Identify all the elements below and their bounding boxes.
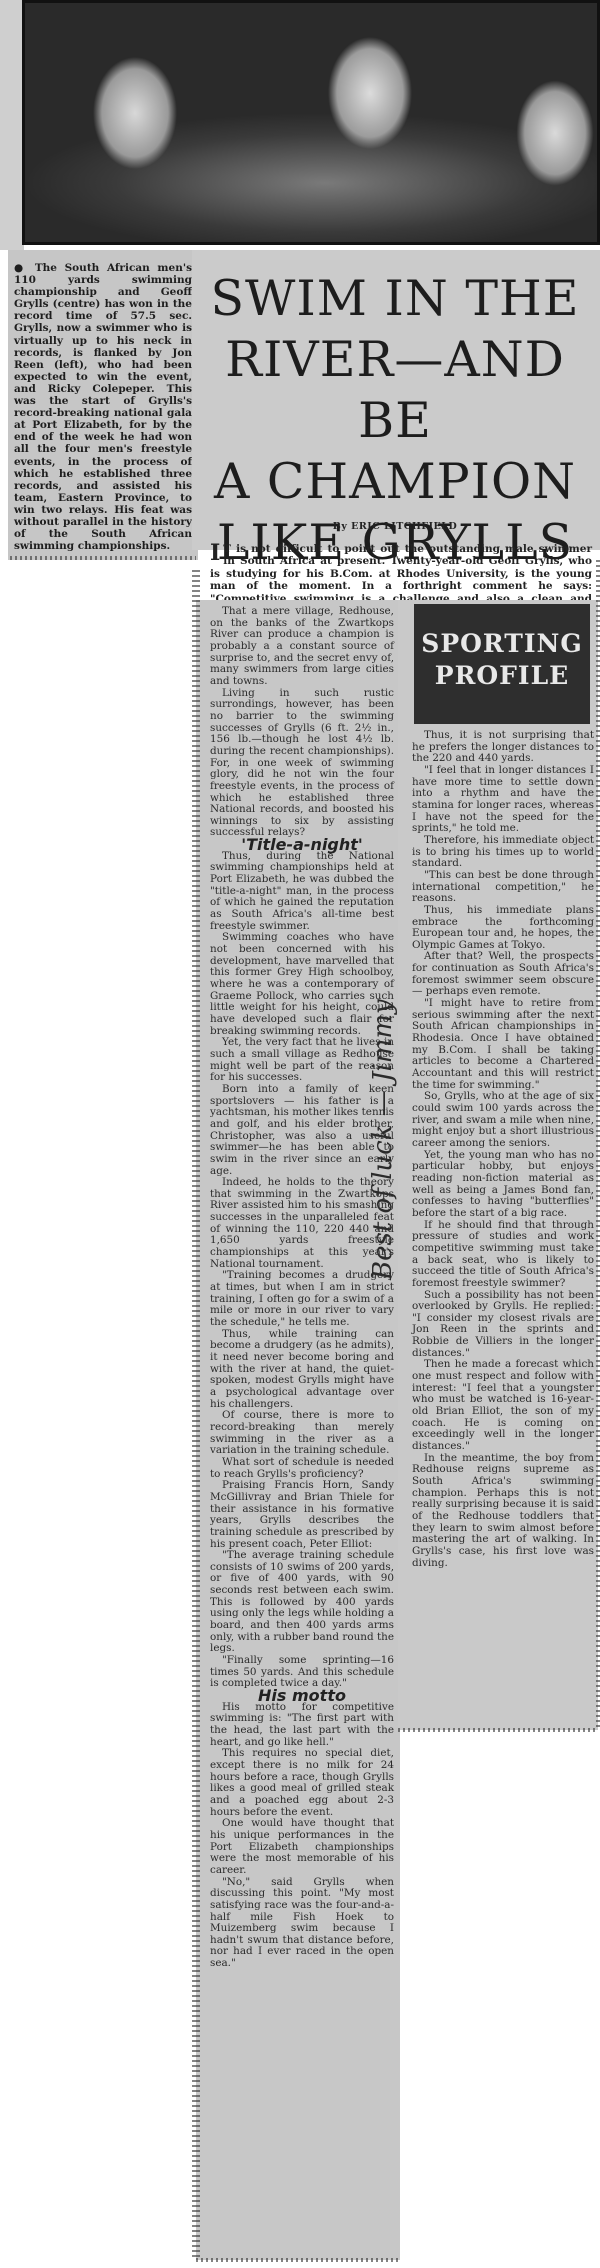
paragraph: Thus, while training can become a drudge…	[210, 1329, 394, 1411]
inscription-text: Best of luck — Jimmy	[368, 999, 398, 1280]
paragraph: That a mere village, Redhouse, on the ba…	[210, 606, 394, 688]
paragraph: This requires no special diet, except th…	[210, 1748, 394, 1818]
paragraph: Thus, it is not surprising that he prefe…	[412, 730, 594, 765]
headline-line: RIVER—AND BE	[200, 329, 590, 451]
caption-text: The South African men's 110 yards swimmi…	[14, 262, 192, 552]
handwritten-inscription: Best of luck — Jimmy	[360, 930, 420, 1280]
swimmers-photo	[22, 0, 600, 245]
sporting-profile-box: SPORTING PROFILE	[414, 604, 590, 724]
clipping-edge	[0, 0, 24, 250]
headline-line: A CHAMPION	[200, 451, 590, 512]
photo-caption: ● The South African men's 110 yards swim…	[14, 262, 192, 552]
article-column-b: Thus, it is not surprising that he prefe…	[412, 730, 594, 1569]
paragraph: "The average training schedule consists …	[210, 1550, 394, 1655]
subheading: His motto	[210, 1690, 394, 1702]
paragraph: So, Grylls, who at the age of six could …	[412, 1091, 594, 1149]
paragraph: "This can best be done through internati…	[412, 870, 594, 905]
paragraph: Thus, during the National swimming champ…	[210, 851, 394, 933]
torn-edge	[10, 556, 196, 560]
profile-label: PROFILE	[414, 660, 590, 692]
torn-edge	[398, 1728, 598, 1732]
drop-cap: I	[210, 543, 220, 563]
torn-edge	[192, 570, 200, 2260]
paragraph: Such a possibility has not been overlook…	[412, 1290, 594, 1360]
paragraph: "Finally some sprinting—16 times 50 yard…	[210, 1655, 394, 1690]
paragraph: What sort of schedule is needed to reach…	[210, 1457, 394, 1480]
byline: By ERIC LITCHFIELD	[200, 521, 590, 532]
paragraph: "No," said Grylls when discussing this p…	[210, 1877, 394, 1970]
paragraph: "I might have to retire from serious swi…	[412, 998, 594, 1091]
profile-label: SPORTING	[414, 628, 590, 660]
paragraph: If he should find that through pressure …	[412, 1220, 594, 1290]
paragraph: Thus, his immediate plans embrace the fo…	[412, 905, 594, 952]
paragraph: Then he made a forecast which one must r…	[412, 1359, 594, 1452]
torn-edge	[596, 560, 600, 1730]
torn-edge	[196, 2258, 400, 2262]
paragraph: One would have thought that his unique p…	[210, 1818, 394, 1876]
article-column-a: That a mere village, Redhouse, on the ba…	[210, 606, 394, 1970]
headline-line: SWIM IN THE	[200, 268, 590, 329]
paragraph: Therefore, his immediate object is to br…	[412, 835, 594, 870]
paragraph: Of course, there is more to record-break…	[210, 1410, 394, 1457]
bullet-icon: ●	[14, 262, 35, 274]
paragraph: His motto for competitive swimming is: "…	[210, 1702, 394, 1749]
paragraph: In the meantime, the boy from Redhouse r…	[412, 1453, 594, 1570]
paragraph: "I feel that in longer distances I have …	[412, 765, 594, 835]
paragraph: After that? Well, the prospects for cont…	[412, 951, 594, 998]
paragraph: Yet, the young man who has no particular…	[412, 1150, 594, 1220]
paragraph: Praising Francis Horn, Sandy McGillivray…	[210, 1480, 394, 1550]
paragraph: Living in such rustic surrondings, howev…	[210, 688, 394, 840]
